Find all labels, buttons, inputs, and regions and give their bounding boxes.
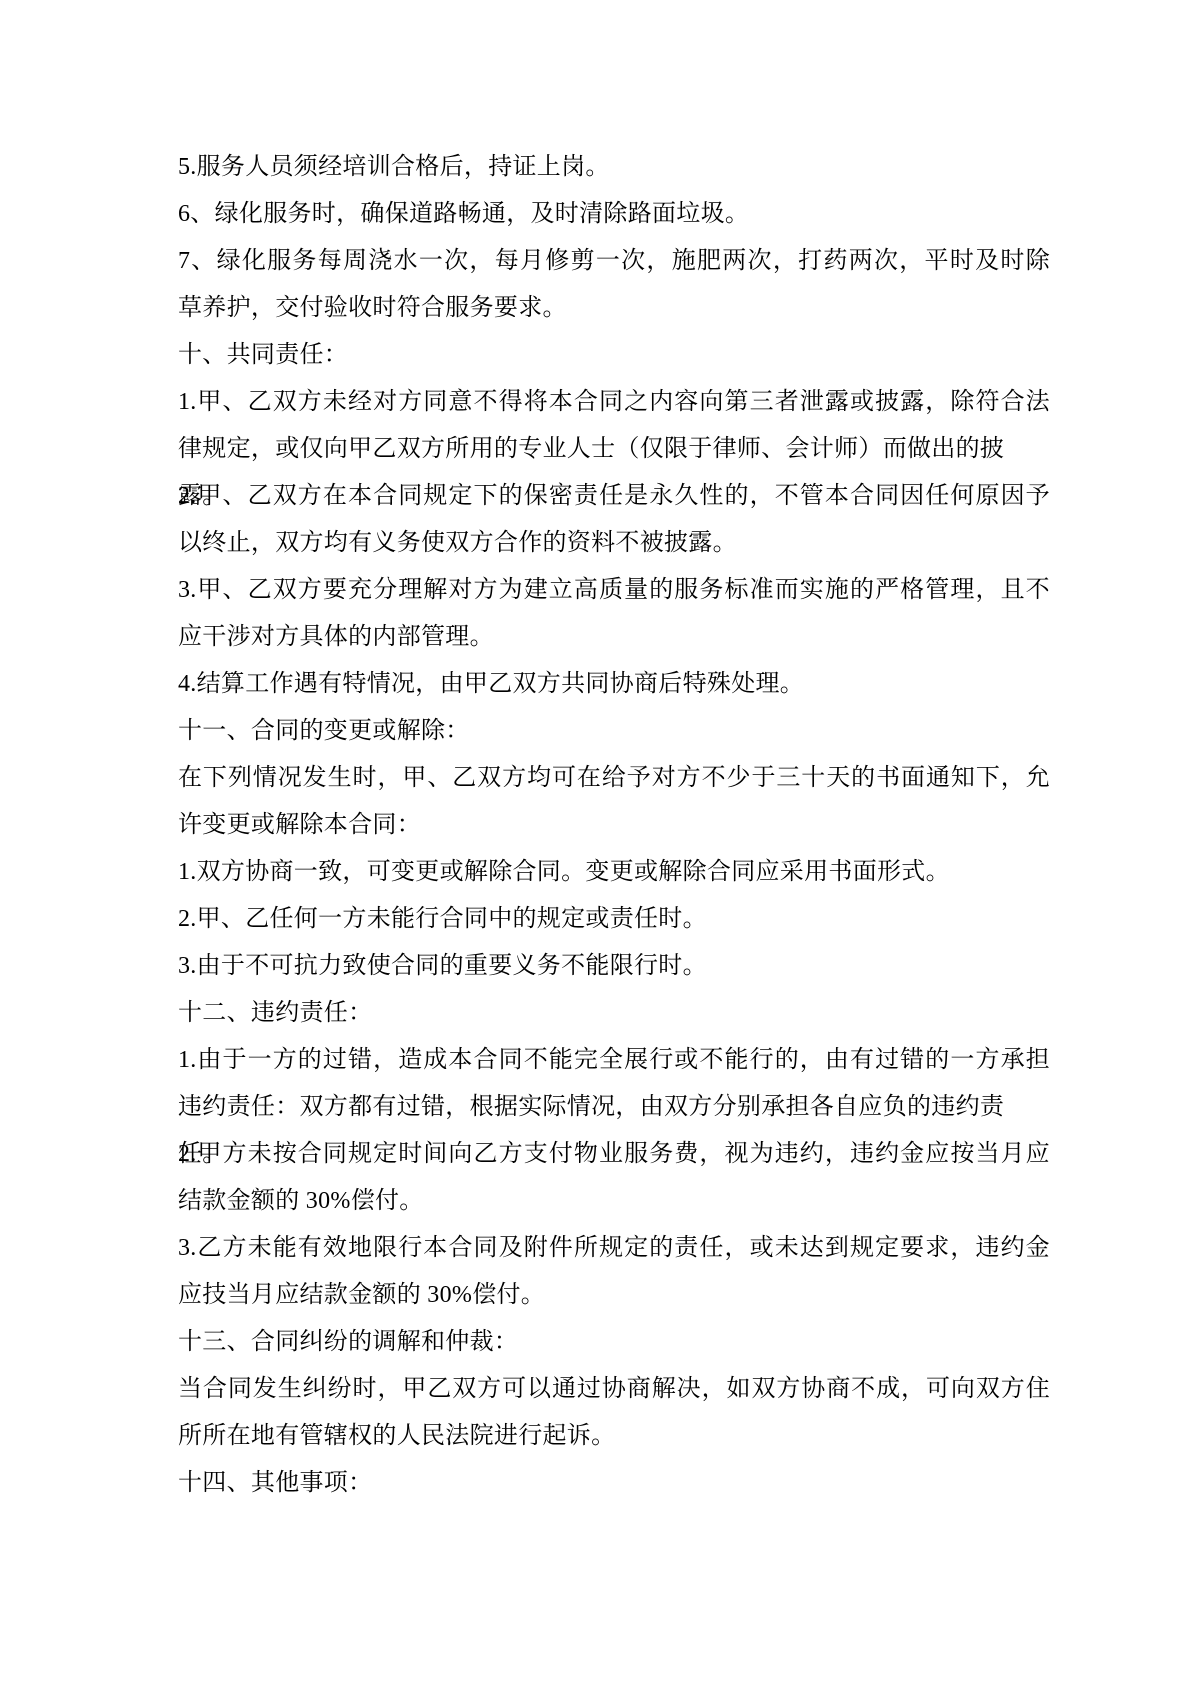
document-line: 3.乙方未能有效地限行本合同及附件所规定的责任，或未达到规定要求，违约金: [178, 1225, 1050, 1272]
document-line: 2.甲方未按合同规定时间向乙方支付物业服务费，视为违约，违约金应按当月应: [178, 1131, 1050, 1178]
document-line: 应技当月应结款金额的 30%偿付。: [178, 1272, 1050, 1319]
document-line: 4.结算工作遇有特情况，由甲乙双方共同协商后特殊处理。: [178, 661, 1050, 708]
document-line: 律规定，或仅向甲乙双方所用的专业人士（仅限于律师、会计师）而做出的披露。: [178, 426, 1050, 473]
document-line: 所所在地有管辖权的人民法院进行起诉。: [178, 1413, 1050, 1460]
document-section-heading: 十二、违约责任：: [178, 990, 1050, 1037]
document-line: 在下列情况发生时，甲、乙双方均可在给予对方不少于三十天的书面通知下，允: [178, 755, 1050, 802]
document-line: 违约责任：双方都有过错，根据实际情况，由双方分别承担各自应负的违约责任。: [178, 1084, 1050, 1131]
document-line: 结款金额的 30%偿付。: [178, 1178, 1050, 1225]
document-line: 6、绿化服务时，确保道路畅通，及时清除路面垃圾。: [178, 191, 1050, 238]
document-section-heading: 十三、合同纠纷的调解和仲裁：: [178, 1319, 1050, 1366]
document-line: 5.服务人员须经培训合格后，持证上岗。: [178, 144, 1050, 191]
document-line: 3.由于不可抗力致使合同的重要义务不能限行时。: [178, 943, 1050, 990]
document-line: 草养护，交付验收时符合服务要求。: [178, 285, 1050, 332]
document-line: 3.甲、乙双方要充分理解对方为建立高质量的服务标准而实施的严格管理，且不: [178, 567, 1050, 614]
document-section-heading: 十四、其他事项：: [178, 1460, 1050, 1507]
document-line: 应干涉对方具体的内部管理。: [178, 614, 1050, 661]
document-page: 5.服务人员须经培训合格后，持证上岗。 6、绿化服务时，确保道路畅通，及时清除路…: [178, 144, 1050, 1507]
document-line: 1.双方协商一致，可变更或解除合同。变更或解除合同应采用书面形式。: [178, 849, 1050, 896]
document-section-heading: 十、共同责任：: [178, 332, 1050, 379]
document-line: 1.由于一方的过错，造成本合同不能完全展行或不能行的，由有过错的一方承担: [178, 1037, 1050, 1084]
document-line: 以终止，双方均有义务使双方合作的资料不被披露。: [178, 520, 1050, 567]
document-line: 2.甲、乙双方在本合同规定下的保密责任是永久性的，不管本合同因任何原因予: [178, 473, 1050, 520]
document-line: 当合同发生纠纷时，甲乙双方可以通过协商解决，如双方协商不成，可向双方住: [178, 1366, 1050, 1413]
document-line: 1.甲、乙双方未经对方同意不得将本合同之内容向第三者泄露或披露，除符合法: [178, 379, 1050, 426]
document-line: 7、绿化服务每周浇水一次，每月修剪一次，施肥两次，打药两次，平时及时除: [178, 238, 1050, 285]
document-section-heading: 十一、合同的变更或解除：: [178, 708, 1050, 755]
document-line: 许变更或解除本合同：: [178, 802, 1050, 849]
document-line: 2.甲、乙任何一方未能行合同中的规定或责任时。: [178, 896, 1050, 943]
